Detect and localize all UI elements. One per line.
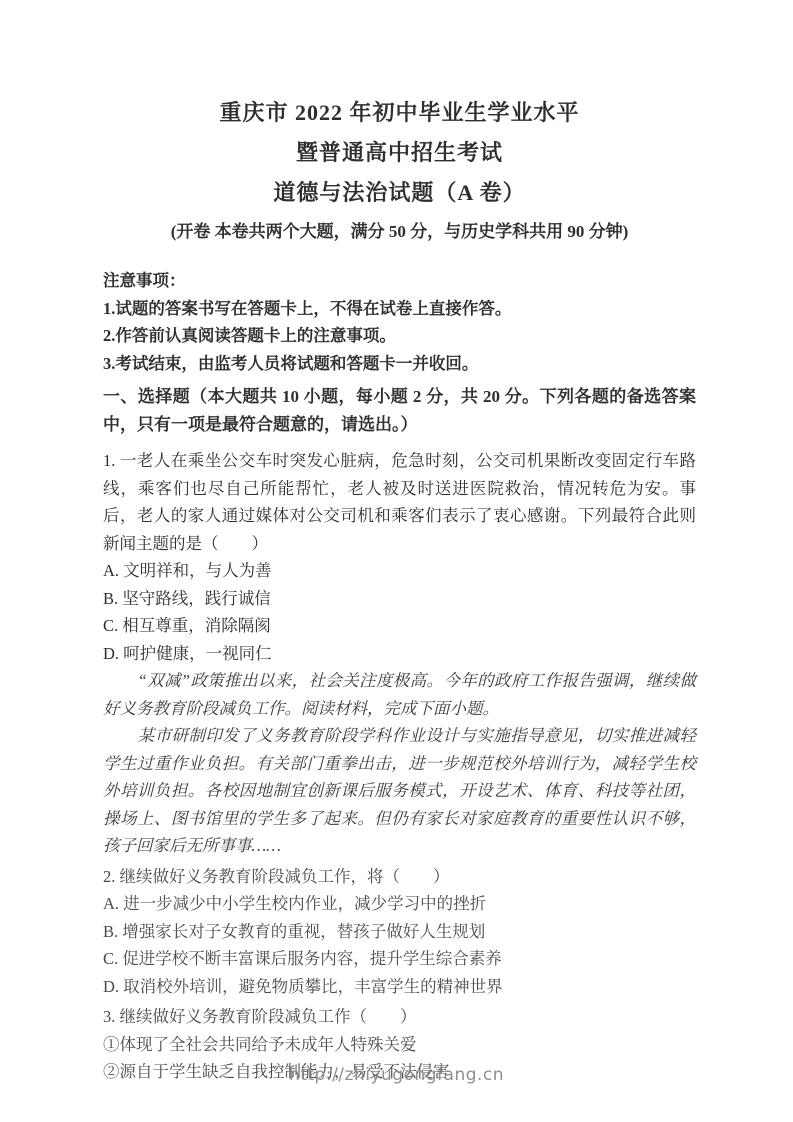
paper-title-line-3: 道德与法治试题（A 卷） (103, 180, 696, 206)
paper-title-line-1: 重庆市 2022 年初中毕业生学业水平 (103, 100, 696, 126)
question-1-option-a: A. 文明祥和，与人为善 (103, 557, 696, 585)
question-1: 1. 一老人在乘坐公交车时突发心脏病，危急时刻，公交司机果断改变固定行车路线，乘… (103, 447, 696, 667)
notice-item-2: 2.作答前认真阅读答题卡上的注意事项。 (103, 322, 696, 350)
notice-heading: 注意事项： (103, 267, 696, 295)
question-1-option-d: D. 呵护健康，一视同仁 (103, 640, 696, 668)
question-2-option-c: C. 促进学校不断丰富课后服务内容，提升学生综合素养 (103, 945, 696, 973)
exam-info-subtitle: (开卷 本卷共两个大题，满分 50 分，与历史学科共用 90 分钟) (103, 220, 696, 243)
question-2: 2. 继续做好义务教育阶段减负工作，将（ ） A. 进一步减少中小学生校内作业，… (103, 863, 696, 1001)
watermark-url: http://zhiyugongfang.cn (0, 1063, 793, 1087)
reading-material-paragraph-1: “双减”政策推出以来，社会关注度极高。今年的政府工作报告强调，继续做好义务教育阶… (103, 667, 696, 722)
question-2-stem: 2. 继续做好义务教育阶段减负工作，将（ ） (103, 863, 696, 891)
notice-item-3: 3.考试结束，由监考人员将试题和答题卡一并收回。 (103, 350, 696, 378)
question-2-option-a: A. 进一步减少中小学生校内作业，减少学习中的挫折 (103, 890, 696, 918)
question-1-option-c: C. 相互尊重，消除隔阂 (103, 612, 696, 640)
reading-material-paragraph-2: 某市研制印发了义务教育阶段学科作业设计与实施指导意见，切实推进减轻学生过重作业负… (103, 722, 696, 860)
question-2-option-b: B. 增强家长对子女教育的重视，替孩子做好人生规划 (103, 918, 696, 946)
section-1-heading: 一、选择题（本大题共 10 小题，每小题 2 分，共 20 分。下列各题的备选答… (103, 383, 696, 439)
question-3-statement-1: ①体现了全社会共同给予未成年人特殊关爱 (103, 1031, 696, 1059)
reading-material: “双减”政策推出以来，社会关注度极高。今年的政府工作报告强调，继续做好义务教育阶… (103, 667, 696, 860)
notice-section: 注意事项： 1.试题的答案书写在答题卡上，不得在试卷上直接作答。 2.作答前认真… (103, 267, 696, 377)
exam-paper-page: 重庆市 2022 年初中毕业生学业水平 暨普通高中招生考试 道德与法治试题（A … (103, 100, 696, 1086)
question-3-stem: 3. 继续做好义务教育阶段减负工作（ ） (103, 1003, 696, 1031)
question-1-option-b: B. 坚守路线，践行诚信 (103, 585, 696, 613)
notice-item-1: 1.试题的答案书写在答题卡上，不得在试卷上直接作答。 (103, 295, 696, 323)
question-1-stem: 1. 一老人在乘坐公交车时突发心脏病，危急时刻，公交司机果断改变固定行车路线，乘… (103, 447, 696, 557)
paper-title-line-2: 暨普通高中招生考试 (103, 140, 696, 166)
question-2-option-d: D. 取消校外培训，避免物质攀比，丰富学生的精神世界 (103, 973, 696, 1001)
